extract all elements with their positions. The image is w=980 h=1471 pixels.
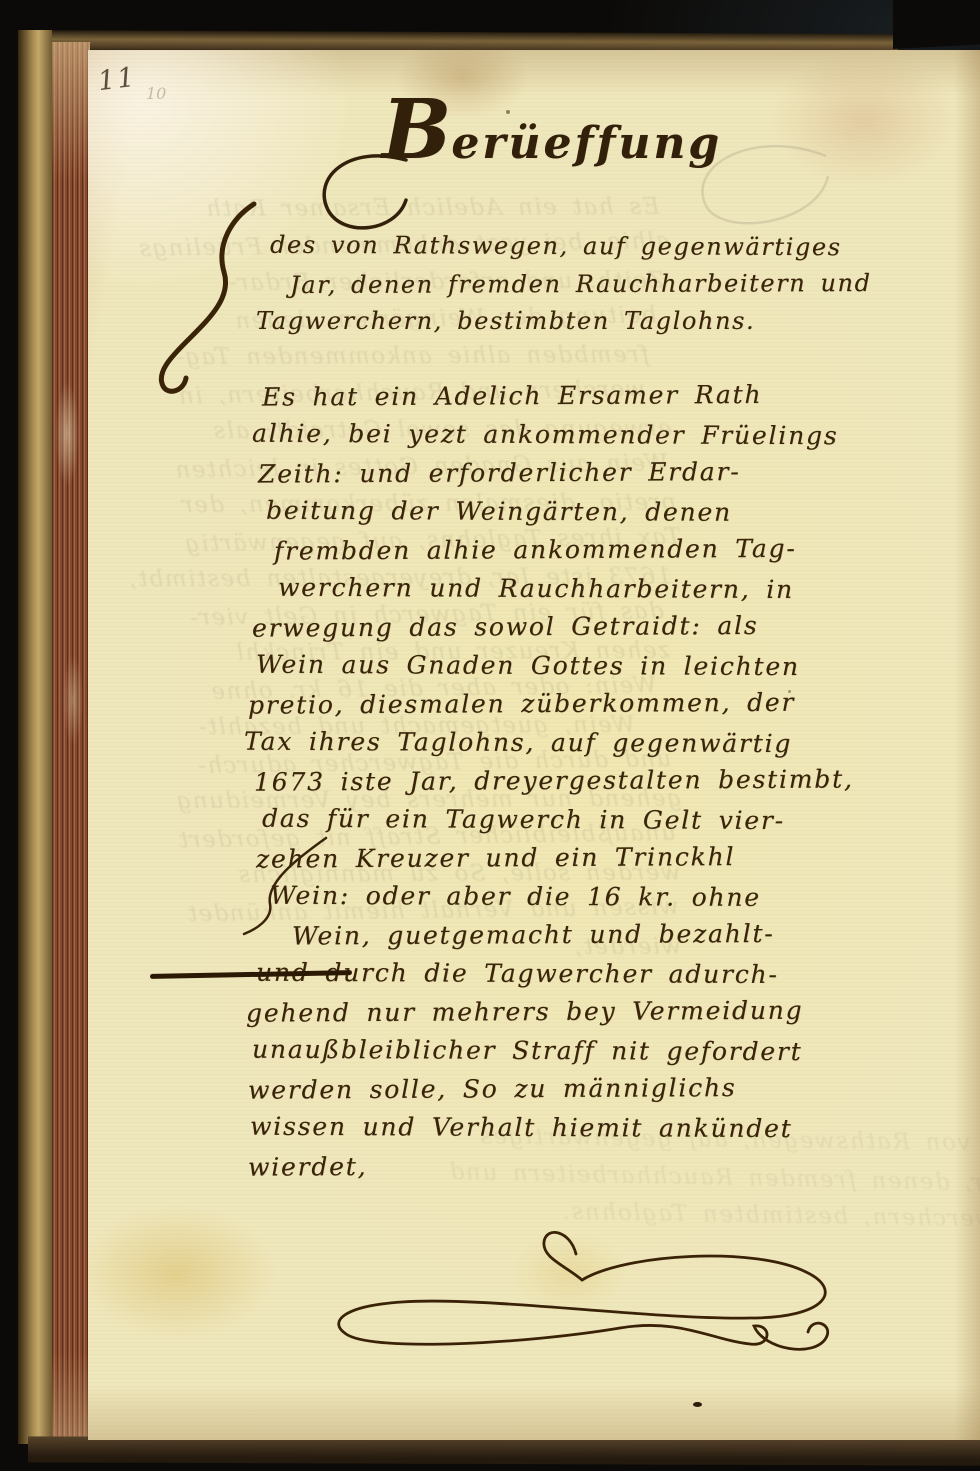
manuscript-photo: Es hat ein Adelich Ersamer Rathalhie, be…: [0, 0, 980, 1471]
body-line: wierdet,: [248, 1145, 854, 1187]
margin-descender-swash: [238, 832, 333, 937]
body-text: Es hat ein Adelich Ersamer Rathalhie, be…: [248, 377, 854, 1186]
intro-paragraph: des von Rathswegen, auf gegenwärtigesJar…: [256, 228, 872, 341]
intro-line: des von Rathswegen, auf gegenwärtiges: [270, 227, 872, 267]
book-bottom-edge: [28, 1436, 980, 1465]
body-line: Wein: oder aber die 16 kr. ohne: [270, 876, 854, 917]
page-fore-edge-stack: [52, 42, 90, 1442]
body-line: Es hat ein Adelich Ersamer Rath: [262, 375, 854, 417]
body-line: gehend nur mehrers bey Vermeidung: [246, 991, 854, 1033]
body-line: 1673 iste Jar, dreyergestalten bestimbt,: [254, 760, 854, 802]
body-line: alhie, bei yezt ankommender Früelings: [252, 414, 854, 455]
ink-speck: [693, 1402, 702, 1407]
body-line: wissen und Verhalt hiemit ankündet: [250, 1107, 854, 1148]
body-line: Wein aus Gnaden Gottes in leichten: [256, 645, 854, 686]
body-line: Tax ihres Taglohns, auf gegenwärtig: [244, 722, 854, 763]
body-line: pretio, diesmalen züberkommen, der: [248, 683, 854, 725]
body-line: frembden alhie ankommenden Tag-: [274, 529, 854, 571]
page-title: Berüeffung: [382, 106, 722, 169]
body-line: beitung der Weingärten, denen: [266, 491, 854, 532]
folio-number: 11: [96, 62, 138, 97]
body-line: Zeith: und erforderlicher Erdar-: [258, 452, 854, 494]
intro-line: Tagwerchern, bestimbten Taglohns.: [256, 303, 872, 341]
ink-speck: [788, 690, 791, 693]
body-line: das für ein Tagwerch in Gelt vier-: [262, 799, 854, 840]
body-line: werchern und Rauchharbeitern, in: [278, 568, 854, 609]
body-line: erwegung das sowol Getraidt: als: [252, 606, 854, 648]
ghost-folio-number: 10: [146, 84, 166, 103]
signature-flourish: [314, 1220, 859, 1370]
manuscript-page: Es hat ein Adelich Ersamer Rathalhie, be…: [88, 50, 980, 1440]
ink-speck: [506, 110, 510, 114]
body-line: werden solle, So zu männiglichs: [248, 1068, 854, 1110]
intro-line: Jar, denen fremden Rauchharbeitern und: [290, 264, 872, 304]
background-corner: [893, 0, 980, 49]
body-line: unaußbleiblicher Straff nit gefordert: [252, 1030, 854, 1071]
book-cover-edge: [18, 30, 52, 1444]
intro-paraph-swash: [148, 196, 273, 401]
body-line: zehen Kreuzer und ein Trinckhl: [256, 837, 854, 879]
body-line: Wein, guetgemacht und bezahlt-: [292, 915, 854, 956]
